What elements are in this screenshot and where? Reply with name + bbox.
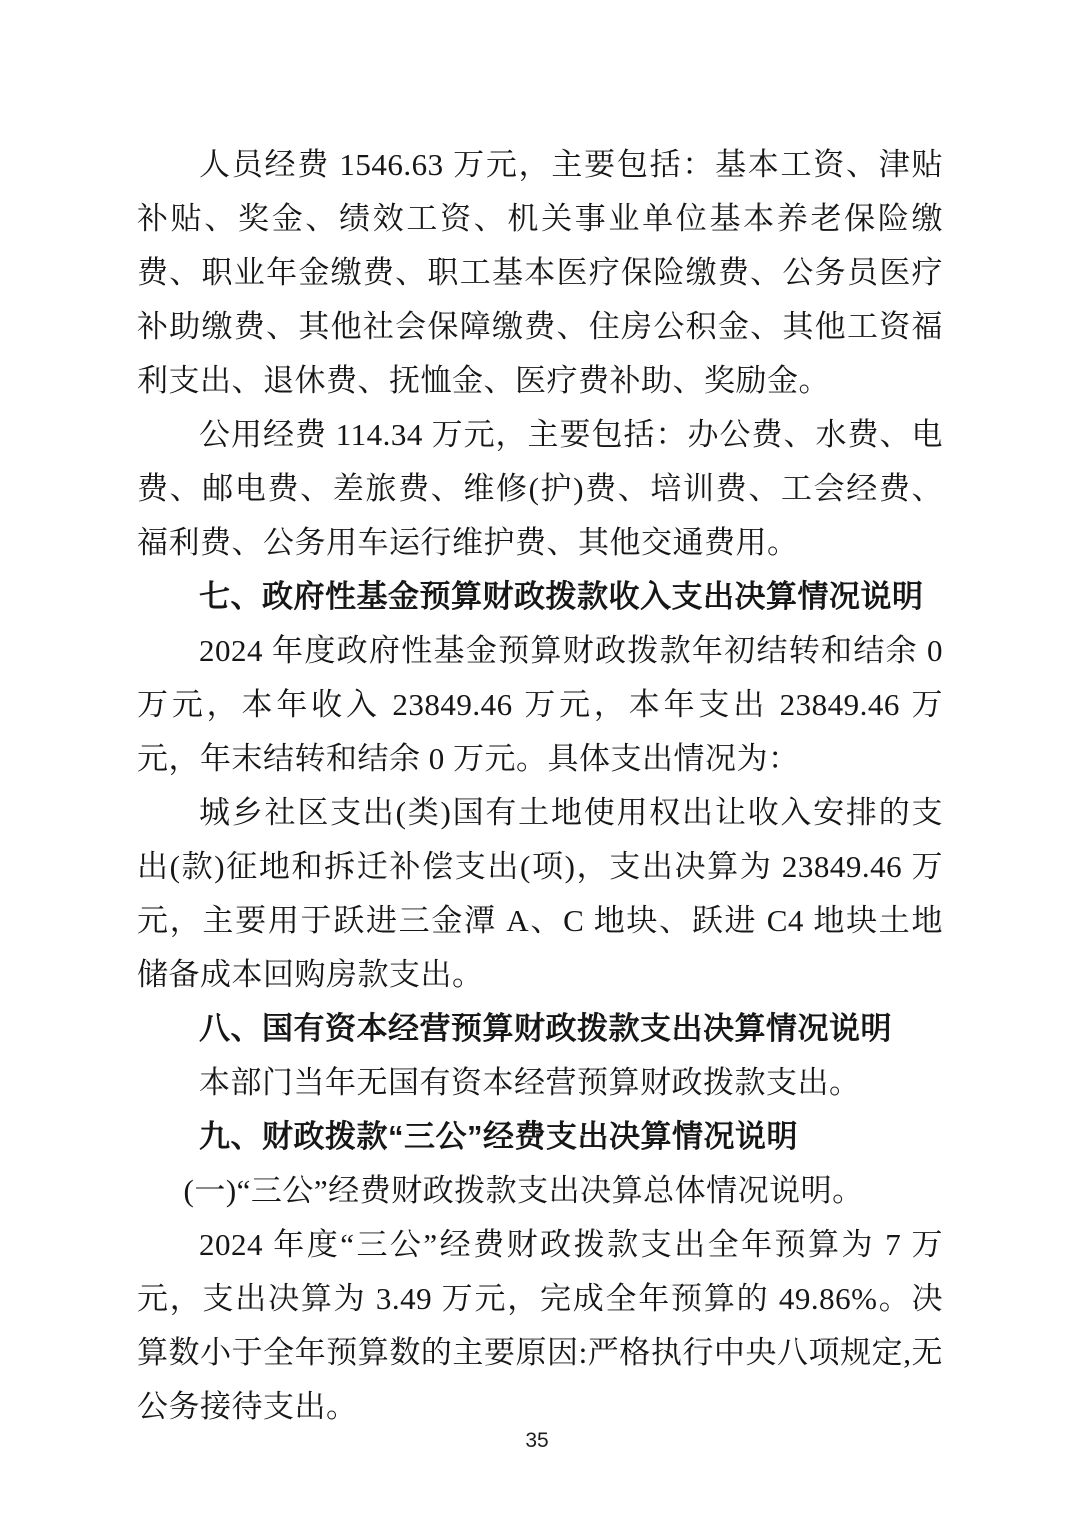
- heading-section-7: 七、政府性基金预算财政拨款收入支出决算情况说明: [137, 570, 943, 624]
- paragraph-public-expense: 公用经费 114.34 万元，主要包括：办公费、水费、电费、邮电费、差旅费、维修…: [137, 408, 943, 570]
- paragraph-urban-rural-expense: 城乡社区支出(类)国有土地使用权出让收入安排的支出(款)征地和拆迁补偿支出(项)…: [137, 786, 943, 1002]
- page-number: 35: [0, 1428, 1074, 1454]
- heading-section-8: 八、国有资本经营预算财政拨款支出决算情况说明: [137, 1002, 943, 1056]
- paragraph-state-capital: 本部门当年无国有资本经营预算财政拨款支出。: [137, 1056, 943, 1110]
- document-body: 人员经费 1546.63 万元，主要包括：基本工资、津贴补贴、奖金、绩效工资、机…: [137, 138, 943, 1434]
- subheading-sangong-overall: (一)“三公”经费财政拨款支出决算总体情况说明。: [137, 1164, 943, 1218]
- paragraph-govt-fund-summary: 2024 年度政府性基金预算财政拨款年初结转和结余 0 万元，本年收入 2384…: [137, 624, 943, 786]
- document-page: 人员经费 1546.63 万元，主要包括：基本工资、津贴补贴、奖金、绩效工资、机…: [0, 0, 1074, 1520]
- paragraph-sangong-detail: 2024 年度“三公”经费财政拨款支出全年预算为 7 万元，支出决算为 3.49…: [137, 1218, 943, 1434]
- heading-section-9: 九、财政拨款“三公”经费支出决算情况说明: [137, 1110, 943, 1164]
- paragraph-personnel-expense: 人员经费 1546.63 万元，主要包括：基本工资、津贴补贴、奖金、绩效工资、机…: [137, 138, 943, 408]
